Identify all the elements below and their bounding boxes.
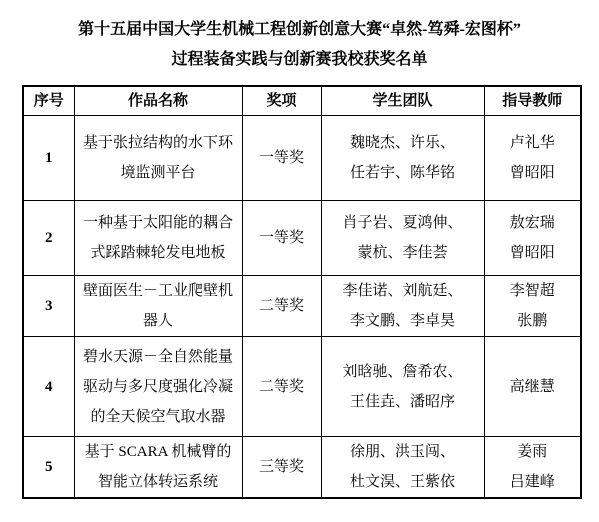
advisor-cell-line: 曾昭阳: [485, 238, 581, 268]
award-cell-line: 一等奖: [243, 223, 321, 253]
advisor-cell-line: 姜雨: [485, 437, 581, 467]
advisor-cell: 敖宏瑞曾昭阳: [484, 201, 581, 276]
advisor-cell-line: 卢礼华: [485, 128, 581, 158]
work-name-cell: 基于张拉结构的水下环境监测平台: [74, 116, 242, 201]
document-title: 第十五届中国大学生机械工程创新创意大赛“卓然-笃舜-宏图杯” 过程装备实践与创新…: [0, 0, 599, 75]
table-row: 1基于张拉结构的水下环境监测平台一等奖魏晓杰、许乐、任若宇、陈华铭卢礼华曾昭阳: [23, 116, 581, 201]
work-name-cell: 碧水天源－全自然能量驱动与多尺度强化冷凝的全天候空气取水器: [74, 337, 242, 437]
student-team-cell-line: 李佳诺、刘航廷、: [322, 276, 484, 306]
table-row: 3壁面医生－工业爬壁机器人二等奖李佳诺、刘航廷、李文鹏、李卓昊李智超张鹏: [23, 276, 581, 337]
work-name-cell-line: 基于张拉结构的水下环: [75, 128, 242, 158]
row-index-cell-line: 4: [24, 372, 74, 402]
student-team-cell-line: 徐朋、洪玉闯、: [322, 437, 484, 467]
award-cell: 三等奖: [242, 437, 321, 499]
advisor-cell: 卢礼华曾昭阳: [484, 116, 581, 201]
work-name-cell: 壁面医生－工业爬壁机器人: [74, 276, 242, 337]
award-cell-line: 三等奖: [243, 452, 321, 482]
row-index-cell-line: 2: [24, 223, 74, 253]
advisor-cell-line: 高继慧: [485, 372, 581, 402]
student-team-cell: 魏晓杰、许乐、任若宇、陈华铭: [321, 116, 484, 201]
header-advisor: 指导教师: [484, 86, 581, 116]
header-student-team: 学生团队: [321, 86, 484, 116]
student-team-cell-line: 蒙杭、李佳荟: [322, 238, 484, 268]
work-name-cell: 一种基于太阳能的耦合式踩踏棘轮发电地板: [74, 201, 242, 276]
student-team-cell-line: 魏晓杰、许乐、: [322, 128, 484, 158]
student-team-cell-line: 杜文淏、王紫依: [322, 467, 484, 497]
award-cell: 一等奖: [242, 116, 321, 201]
work-name-cell-line: 基于 SCARA 机械臂的: [75, 437, 242, 467]
work-name-cell-line: 智能立体转运系统: [75, 467, 242, 497]
table-row: 2一种基于太阳能的耦合式踩踏棘轮发电地板一等奖肖子岩、夏鸿伸、蒙杭、李佳荟敖宏瑞…: [23, 201, 581, 276]
work-name-cell-line: 器人: [75, 306, 242, 336]
advisor-cell: 姜雨吕建峰: [484, 437, 581, 499]
award-cell-line: 二等奖: [243, 372, 321, 402]
row-index-cell: 1: [23, 116, 74, 201]
work-name-cell-line: 碧水天源－全自然能量: [75, 342, 242, 372]
advisor-cell: 高继慧: [484, 337, 581, 437]
row-index-cell: 5: [23, 437, 74, 499]
work-name-cell-line: 一种基于太阳能的耦合: [75, 208, 242, 238]
row-index-cell-line: 5: [24, 452, 74, 482]
student-team-cell-line: 李文鹏、李卓昊: [322, 306, 484, 336]
student-team-cell: 刘晗驰、詹希农、王佳垚、潘昭序: [321, 337, 484, 437]
advisor-cell-line: 李智超: [485, 276, 581, 306]
student-team-cell-line: 刘晗驰、詹希农、: [322, 357, 484, 387]
document-page: 第十五届中国大学生机械工程创新创意大赛“卓然-笃舜-宏图杯” 过程装备实践与创新…: [0, 0, 599, 522]
work-name-cell-line: 的全天候空气取水器: [75, 402, 242, 432]
advisor-cell-line: 曾昭阳: [485, 158, 581, 188]
work-name-cell-line: 壁面医生－工业爬壁机: [75, 276, 242, 306]
work-name-cell-line: 驱动与多尺度强化冷凝: [75, 372, 242, 402]
award-cell: 二等奖: [242, 276, 321, 337]
row-index-cell-line: 3: [24, 291, 74, 321]
work-name-cell-line: 境监测平台: [75, 158, 242, 188]
advisor-cell: 李智超张鹏: [484, 276, 581, 337]
table-header-row: 序号 作品名称 奖项 学生团队 指导教师: [23, 86, 581, 116]
advisor-cell-line: 敖宏瑞: [485, 208, 581, 238]
table-row: 4碧水天源－全自然能量驱动与多尺度强化冷凝的全天候空气取水器二等奖刘晗驰、詹希农…: [23, 337, 581, 437]
row-index-cell-line: 1: [24, 143, 74, 173]
work-name-cell-line: 式踩踏棘轮发电地板: [75, 238, 242, 268]
row-index-cell: 3: [23, 276, 74, 337]
award-cell-line: 一等奖: [243, 143, 321, 173]
advisor-cell-line: 吕建峰: [485, 467, 581, 497]
header-award: 奖项: [242, 86, 321, 116]
work-name-cell: 基于 SCARA 机械臂的智能立体转运系统: [74, 437, 242, 499]
row-index-cell: 2: [23, 201, 74, 276]
student-team-cell-line: 王佳垚、潘昭序: [322, 387, 484, 417]
student-team-cell-line: 任若宇、陈华铭: [322, 158, 484, 188]
advisor-cell-line: 张鹏: [485, 306, 581, 336]
student-team-cell: 肖子岩、夏鸿伸、蒙杭、李佳荟: [321, 201, 484, 276]
table-row: 5基于 SCARA 机械臂的智能立体转运系统三等奖徐朋、洪玉闯、杜文淏、王紫依姜…: [23, 437, 581, 499]
table-body: 1基于张拉结构的水下环境监测平台一等奖魏晓杰、许乐、任若宇、陈华铭卢礼华曾昭阳2…: [23, 116, 581, 499]
award-cell: 二等奖: [242, 337, 321, 437]
award-table: 序号 作品名称 奖项 学生团队 指导教师 1基于张拉结构的水下环境监测平台一等奖…: [22, 85, 582, 499]
student-team-cell-line: 肖子岩、夏鸿伸、: [322, 208, 484, 238]
award-cell: 一等奖: [242, 201, 321, 276]
header-work-name: 作品名称: [74, 86, 242, 116]
student-team-cell: 李佳诺、刘航廷、李文鹏、李卓昊: [321, 276, 484, 337]
student-team-cell: 徐朋、洪玉闯、杜文淏、王紫依: [321, 437, 484, 499]
title-line-2: 过程装备实践与创新赛我校获奖名单: [0, 45, 599, 75]
header-index: 序号: [23, 86, 74, 116]
row-index-cell: 4: [23, 337, 74, 437]
award-cell-line: 二等奖: [243, 291, 321, 321]
title-line-1: 第十五届中国大学生机械工程创新创意大赛“卓然-笃舜-宏图杯”: [0, 15, 599, 45]
